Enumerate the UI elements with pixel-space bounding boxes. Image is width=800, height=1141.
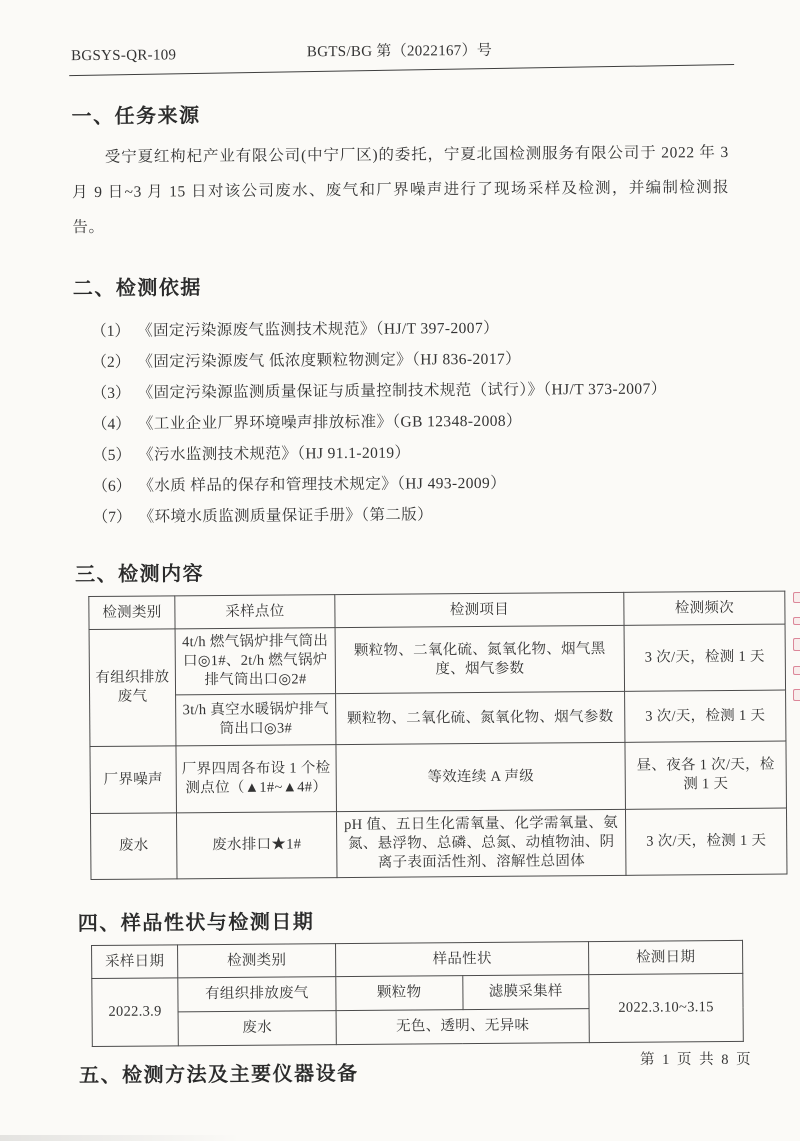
cell-frequency: 昼、夜各 1 次/天，检测 1 天 xyxy=(625,741,787,809)
basis-item: （5）《污水监测技术规范》（HJ 91.1-2019） xyxy=(74,433,731,469)
basis-item-text: 《环境水质监测质量保证手册》（第二版） xyxy=(139,502,434,526)
cell-sampling-point: 废水排口★1# xyxy=(176,812,337,879)
basis-item-text: 《固定污染源监测质量保证与质量控制技术规范（试行）》（HJ/T 373-2007… xyxy=(138,376,667,402)
form-code: BGSYS-QR-109 xyxy=(71,47,176,65)
basis-item: （3）《固定污染源监测质量保证与质量控制技术规范（试行）》（HJ/T 373-2… xyxy=(74,371,731,407)
table-row: 废水 废水排口★1# pH 值、五日生化需氧量、化学需氧量、氨氮、悬浮物、总磷、… xyxy=(90,808,786,879)
table-header-row: 检测类别 采样点位 检测项目 检测频次 xyxy=(89,591,785,629)
table-row: 有组织排放废气 4t/h 燃气锅炉排气筒出口◎1#、2t/h 燃气锅炉排气筒出口… xyxy=(89,624,785,695)
cell-frequency: 3 次/天，检测 1 天 xyxy=(625,690,786,742)
page-number: 第 1 页 共 8 页 xyxy=(640,1048,753,1069)
basis-item-number: （7） xyxy=(93,504,139,526)
section4-title: 四、样品性状与检测日期 xyxy=(78,902,735,936)
section2-title: 二、检测依据 xyxy=(73,267,730,301)
scan-artifact xyxy=(0,1135,800,1141)
table-row: 厂界噪声 厂界四周各布设 1 个检测点位（▲1#~▲4#） 等效连续 A 声级 … xyxy=(90,741,787,813)
table-header-row: 采样日期 检测类别 样品性状 检测日期 xyxy=(92,940,743,978)
basis-item-number: （2） xyxy=(91,349,137,371)
cell-sampling-date: 2022.3.9 xyxy=(92,978,179,1047)
cell-test-date: 2022.3.10~3.15 xyxy=(589,973,744,1042)
test-content-table: 检测类别 采样点位 检测项目 检测频次 有组织排放废气 4t/h 燃气锅炉排气筒… xyxy=(88,591,787,880)
cell-character: 无色、透明、无异味 xyxy=(336,1009,589,1045)
col-header-sampling-point: 采样点位 xyxy=(175,595,335,629)
cell-sampling-point: 厂界四周各布设 1 个检测点位（▲1#~▲4#） xyxy=(176,745,337,813)
cell-test-items: 颗粒物、二氧化硫、氮氧化物、烟气黑度、烟气参数 xyxy=(335,625,625,693)
sample-character-table: 采样日期 检测类别 样品性状 检测日期 2022.3.9 有组织排放废气 颗粒物… xyxy=(91,940,744,1047)
cell-sampling-point: 4t/h 燃气锅炉排气筒出口◎1#、2t/h 燃气锅炉排气筒出口◎2# xyxy=(175,628,336,695)
cell-test-items: 颗粒物、二氧化硫、氮氧化物、烟气参数 xyxy=(336,691,625,744)
col-header-frequency: 检测频次 xyxy=(624,591,785,625)
section1-paragraph: 受宁夏红枸杞产业有限公司(中宁厂区)的委托，宁夏北国检测服务有限公司于 2022… xyxy=(72,135,730,245)
table-row: 2022.3.9 有组织排放废气 颗粒物 滤膜采集样 2022.3.10~3.1… xyxy=(92,973,743,1012)
basis-item-number: （4） xyxy=(92,411,138,433)
cell-sampling-point: 3t/h 真空水暖锅炉排气筒出口◎3# xyxy=(176,694,336,746)
cell-test-items: pH 值、五日生化需氧量、化学需氧量、氨氮、悬浮物、总磷、总氮、动植物油、阴离子… xyxy=(336,809,626,877)
cell-category: 废水 xyxy=(90,813,177,880)
report-number: BGTS/BG 第（2022167）号 xyxy=(307,39,492,61)
cell-frequency: 3 次/天，检测 1 天 xyxy=(625,808,787,875)
cell-character-desc: 滤膜采集样 xyxy=(462,975,589,1010)
basis-item: （1）《固定污染源废气监测技术规范》（HJ/T 397-2007） xyxy=(73,309,730,345)
cell-category: 废水 xyxy=(178,1011,336,1046)
stamp-fragment-icon xyxy=(789,583,800,718)
section1-title: 一、任务来源 xyxy=(71,95,728,129)
basis-item-text: 《工业企业厂界环境噪声排放标准》（GB 12348-2008） xyxy=(138,408,522,433)
cell-frequency: 3 次/天，检测 1 天 xyxy=(624,624,786,691)
cell-category: 有组织排放废气 xyxy=(178,977,336,1012)
col-header-sampling-date: 采样日期 xyxy=(92,945,178,979)
col-header-test-date: 检测日期 xyxy=(589,940,743,974)
basis-item-number: （5） xyxy=(92,442,138,464)
section3-title: 三、检测内容 xyxy=(75,553,732,587)
basis-item-number: （3） xyxy=(92,380,138,402)
col-header-category: 检测类别 xyxy=(178,944,336,978)
basis-item-text: 《固定污染源废气监测技术规范》（HJ/T 397-2007） xyxy=(137,315,499,340)
basis-list: （1）《固定污染源废气监测技术规范》（HJ/T 397-2007） （2）《固定… xyxy=(73,309,732,531)
cell-character-item: 颗粒物 xyxy=(336,976,463,1011)
cell-category: 有组织排放废气 xyxy=(89,629,176,747)
basis-item-text: 《固定污染源废气 低浓度颗粒物测定》（HJ 836-2017） xyxy=(137,346,521,371)
basis-item-number: （6） xyxy=(92,473,138,495)
document-page: BGSYS-QR-109 BGTS/BG 第（2022167）号 一、任务来源 … xyxy=(0,0,800,1141)
section5-title: 五、检测方法及主要仪器设备 xyxy=(79,1054,736,1088)
basis-item: （2）《固定污染源废气 低浓度颗粒物测定》（HJ 836-2017） xyxy=(73,340,730,376)
table-row: 3t/h 真空水暖锅炉排气筒出口◎3# 颗粒物、二氧化硫、氮氧化物、烟气参数 3… xyxy=(90,690,786,746)
cell-test-items: 等效连续 A 声级 xyxy=(336,742,626,811)
basis-item: （7）《环境水质监测质量保证手册》（第二版） xyxy=(75,495,732,531)
col-header-sample-character: 样品性状 xyxy=(336,942,589,977)
basis-item-number: （1） xyxy=(91,318,137,340)
basis-item-text: 《污水监测技术规范》（HJ 91.1-2019） xyxy=(138,440,410,464)
basis-item-text: 《水质 样品的保存和管理技术规定》（HJ 493-2009） xyxy=(138,470,506,495)
cell-category: 厂界噪声 xyxy=(90,746,177,814)
col-header-category: 检测类别 xyxy=(89,596,175,630)
document-header: BGSYS-QR-109 BGTS/BG 第（2022167）号 xyxy=(71,36,728,65)
col-header-test-items: 检测项目 xyxy=(335,592,624,627)
basis-item: （4）《工业企业厂界环境噪声排放标准》（GB 12348-2008） xyxy=(74,402,731,438)
header-divider xyxy=(69,64,734,76)
basis-item: （6）《水质 样品的保存和管理技术规定》（HJ 493-2009） xyxy=(74,464,731,500)
